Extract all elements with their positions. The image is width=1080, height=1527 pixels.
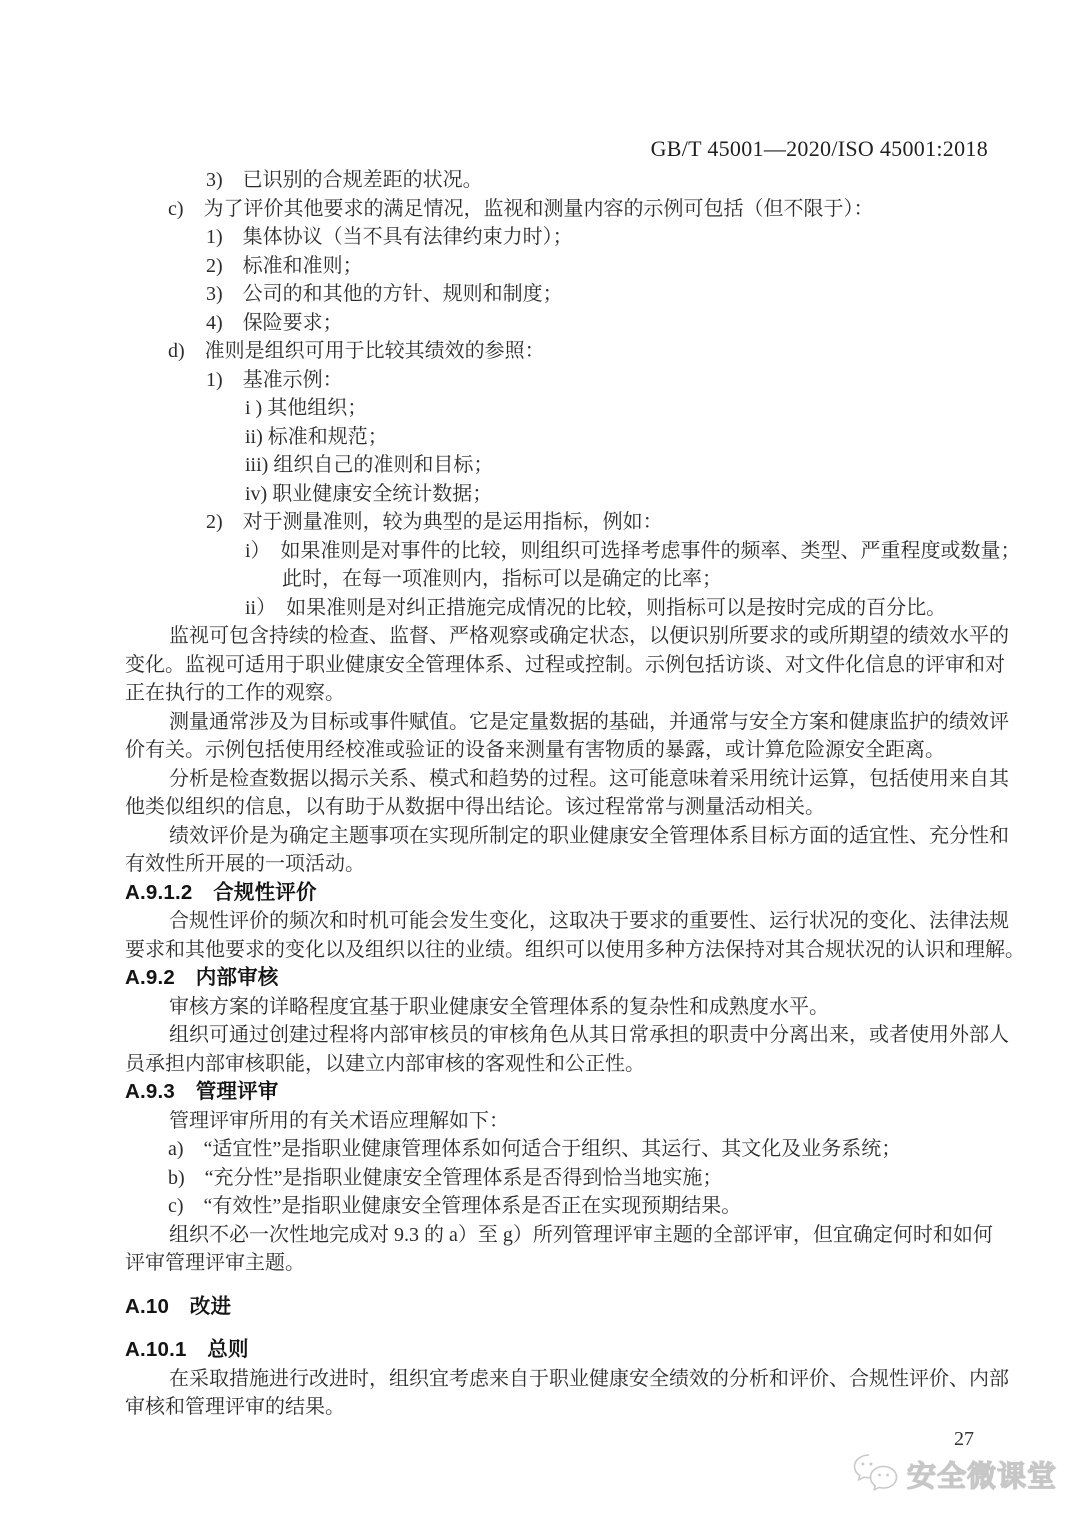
list-item: a) “适宜性”是指职业健康管理体系如何适合于组织、其运行、其文化及业务系统； [125, 1135, 1005, 1164]
list-item: c) “有效性”是指职业健康安全管理体系是否正在实现预期结果。 [125, 1192, 1005, 1221]
list-item: 3) 公司的和其他的方针、规则和制度； [125, 280, 1005, 309]
list-item: 2) 对于测量准则，较为典型的是运用指标，例如： [125, 508, 1005, 537]
list-item: b) “充分性”是指职业健康安全管理体系是否得到恰当地实施； [125, 1164, 1005, 1193]
list-item: 3) 已识别的合规差距的状况。 [125, 166, 1005, 195]
paragraph-line: 管理评审所用的有关术语应理解如下： [125, 1107, 1005, 1136]
list-item: 1) 集体协议（当不具有法律约束力时）； [125, 223, 1005, 252]
paragraph-line: 审核和管理评审的结果。 [125, 1393, 1005, 1422]
watermark-text: 安全微课堂 [907, 1454, 1057, 1495]
section-heading: A.9.1.2 合规性评价 [125, 879, 1005, 908]
document-page: GB/T 45001—2020/ISO 45001:2018 3) 已识别的合规… [0, 0, 1080, 1527]
paragraph-line: 组织不必一次性地完成对 9.3 的 a）至 g）所列管理评审主题的全部评审，但宜… [125, 1221, 1005, 1250]
list-item: ii) 标准和规范； [125, 423, 1005, 452]
paragraph-line: 有效性所开展的一项活动。 [125, 850, 1005, 879]
watermark: 安全微课堂 [850, 1452, 1057, 1496]
standard-code-text: GB/T 45001—2020/ISO 45001:2018 [651, 136, 988, 161]
paragraph-line: 他类似组织的信息，以有助于从数据中得出结论。该过程常常与测量活动相关。 [125, 793, 1005, 822]
list-item: iii) 组织自己的准则和目标； [125, 451, 1005, 480]
paragraph-line: 测量通常涉及为目标或事件赋值。它是定量数据的基础，并通常与安全方案和健康监护的绩… [125, 708, 1005, 737]
paragraph-line: 正在执行的工作的观察。 [125, 679, 1005, 708]
list-item: 4) 保险要求； [125, 309, 1005, 338]
paragraph-line: 合规性评价的频次和时机可能会发生变化，这取决于要求的重要性、运行状况的变化、法律… [125, 907, 1005, 936]
page-number: 27 [954, 1428, 974, 1451]
document-header: GB/T 45001—2020/ISO 45001:2018 [651, 136, 988, 162]
section-heading: A.9.2 内部审核 [125, 964, 1005, 993]
list-item: 2) 标准和准则； [125, 252, 1005, 281]
paragraph-line: 价有关。示例包括使用经校准或验证的设备来测量有害物质的暴露，或计算危险源安全距离… [125, 736, 1005, 765]
paragraph-line: 员承担内部审核职能，以建立内部审核的客观性和公正性。 [125, 1050, 1005, 1079]
list-item: 1) 基准示例： [125, 366, 1005, 395]
wechat-icon [850, 1452, 902, 1496]
list-item: d) 准则是组织可用于比较其绩效的参照： [125, 337, 1005, 366]
section-heading: A.10 改进 [125, 1293, 1005, 1322]
list-item: i） 如果准则是对事件的比较，则组织可选择考虑事件的频率、类型、严重程度或数量； [125, 537, 1005, 566]
list-item: iv) 职业健康安全统计数据； [125, 480, 1005, 509]
paragraph-line: 分析是检查数据以揭示关系、模式和趋势的过程。这可能意味着采用统计运算，包括使用来… [125, 765, 1005, 794]
paragraph-line: 在采取措施进行改进时，组织宜考虑来自于职业健康安全绩效的分析和评价、合规性评价、… [125, 1365, 1005, 1394]
paragraph-line: 评审管理评审主题。 [125, 1249, 1005, 1278]
paragraph-line: 组织可通过创建过程将内部审核员的审核角色从其日常承担的职责中分离出来，或者使用外… [125, 1021, 1005, 1050]
section-heading: A.9.3 管理评审 [125, 1078, 1005, 1107]
paragraph-line: 要求和其他要求的变化以及组织以往的业绩。组织可以使用多种方法保持对其合规状况的认… [125, 936, 1005, 965]
list-item: ii） 如果准则是对纠正措施完成情况的比较，则指标可以是按时完成的百分比。 [125, 594, 1005, 623]
document-body: 3) 已识别的合规差距的状况。c) 为了评价其他要求的满足情况，监视和测量内容的… [125, 166, 1005, 1422]
list-item: c) 为了评价其他要求的满足情况，监视和测量内容的示例可包括（但不限于）： [125, 195, 1005, 224]
paragraph-line: 绩效评价是为确定主题事项在实现所制定的职业健康安全管理体系目标方面的适宜性、充分… [125, 822, 1005, 851]
section-heading: A.10.1 总则 [125, 1336, 1005, 1365]
list-item-continuation: 此时，在每一项准则内，指标可以是确定的比率； [125, 565, 1005, 594]
list-item: i ) 其他组织； [125, 394, 1005, 423]
paragraph-line: 变化。监视可适用于职业健康安全管理体系、过程或控制。示例包括访谈、对文件化信息的… [125, 651, 1005, 680]
paragraph-line: 监视可包含持续的检查、监督、严格观察或确定状态，以便识别所要求的或所期望的绩效水… [125, 622, 1005, 651]
paragraph-line: 审核方案的详略程度宜基于职业健康安全管理体系的复杂性和成熟度水平。 [125, 993, 1005, 1022]
